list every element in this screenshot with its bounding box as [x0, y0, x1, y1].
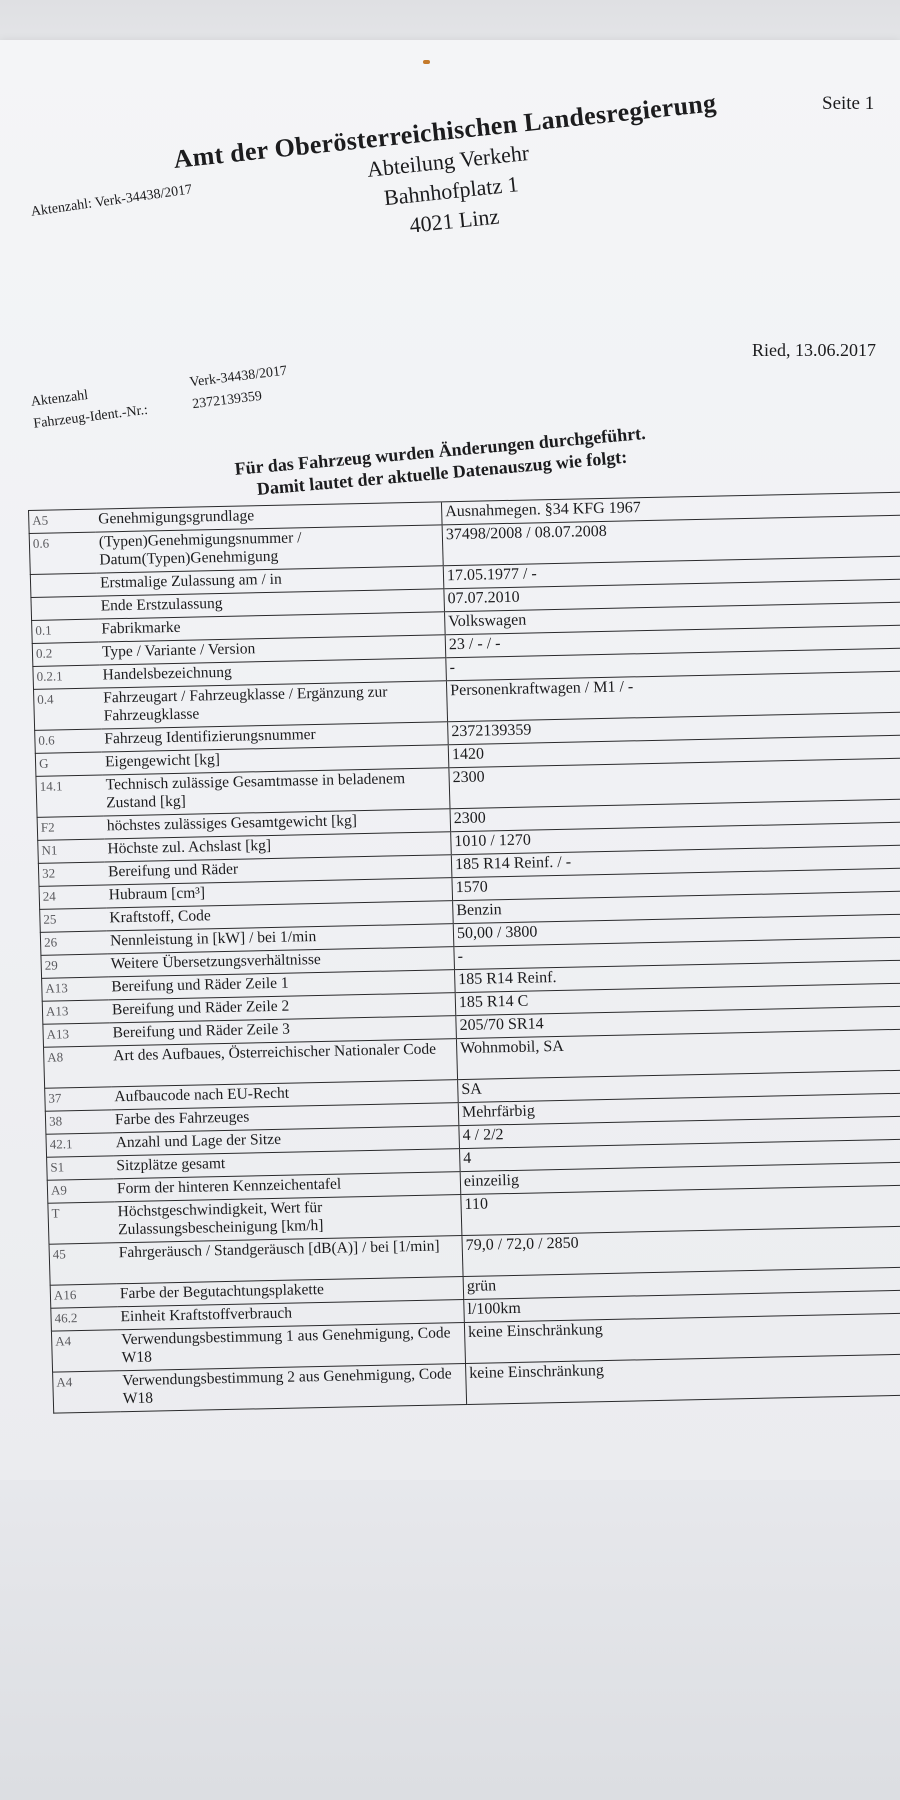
row-code: 0.2 — [32, 642, 99, 666]
place-date: Ried, 13.06.2017 — [752, 340, 876, 361]
row-code: 0.6 — [35, 729, 102, 753]
paper-speck — [423, 60, 430, 64]
row-label: Art des Aufbaues, Österreichischer Natio… — [110, 1039, 458, 1087]
row-code: A16 — [50, 1284, 117, 1308]
row-code: F2 — [37, 816, 104, 840]
row-code: 14.1 — [36, 775, 104, 817]
row-code: A13 — [42, 977, 109, 1001]
background-sheet — [0, 1480, 900, 1800]
page-number: Seite 1 — [822, 93, 874, 115]
row-code: A4 — [53, 1371, 121, 1413]
row-code — [30, 573, 97, 597]
row-code: 26 — [40, 931, 107, 955]
row-code: A13 — [43, 1023, 110, 1047]
row-code: 46.2 — [51, 1307, 118, 1331]
row-code: S1 — [47, 1156, 114, 1180]
row-code: 32 — [38, 862, 105, 886]
row-code: 45 — [49, 1243, 117, 1285]
row-code: 38 — [45, 1110, 112, 1134]
row-code: A5 — [29, 509, 96, 533]
row-code: 0.1 — [32, 619, 99, 643]
vehicle-data-table: A5GenehmigungsgrundlageAusnahmegen. §34 … — [28, 492, 900, 1414]
row-label: Technisch zulässige Gesamtmasse in belad… — [102, 768, 450, 816]
row-code: A8 — [44, 1046, 112, 1088]
row-value: keine Einschränkung — [466, 1354, 900, 1405]
row-code: N1 — [38, 839, 105, 863]
row-code: A13 — [42, 1000, 109, 1024]
row-code: 0.2.1 — [33, 665, 100, 689]
row-code: G — [35, 752, 102, 776]
row-label: Fahrgeräusch / Standgeräusch [dB(A)] / b… — [115, 1236, 463, 1284]
row-label: Höchstgeschwindigkeit, Wert für Zulassun… — [114, 1195, 462, 1243]
row-label: Fahrzeugart / Fahrzeugklasse / Ergänzung… — [100, 681, 448, 729]
row-code: 0.4 — [34, 688, 102, 730]
row-code: 37 — [45, 1087, 112, 1111]
row-code — [31, 596, 98, 620]
row-label: Verwendungsbestimmung 1 aus Genehmigung,… — [118, 1323, 466, 1371]
row-label: (Typen)Genehmigungsnummer / Datum(Typen)… — [96, 525, 444, 573]
row-label: Verwendungsbestimmung 2 aus Genehmigung,… — [119, 1364, 467, 1412]
row-code: 25 — [40, 908, 107, 932]
row-code: A4 — [51, 1330, 119, 1372]
row-code: 0.6 — [29, 532, 97, 574]
row-code: 42.1 — [46, 1133, 113, 1157]
row-code: A9 — [47, 1179, 114, 1203]
row-code: 29 — [41, 954, 108, 978]
row-code: T — [48, 1202, 116, 1244]
row-code: 24 — [39, 885, 106, 909]
